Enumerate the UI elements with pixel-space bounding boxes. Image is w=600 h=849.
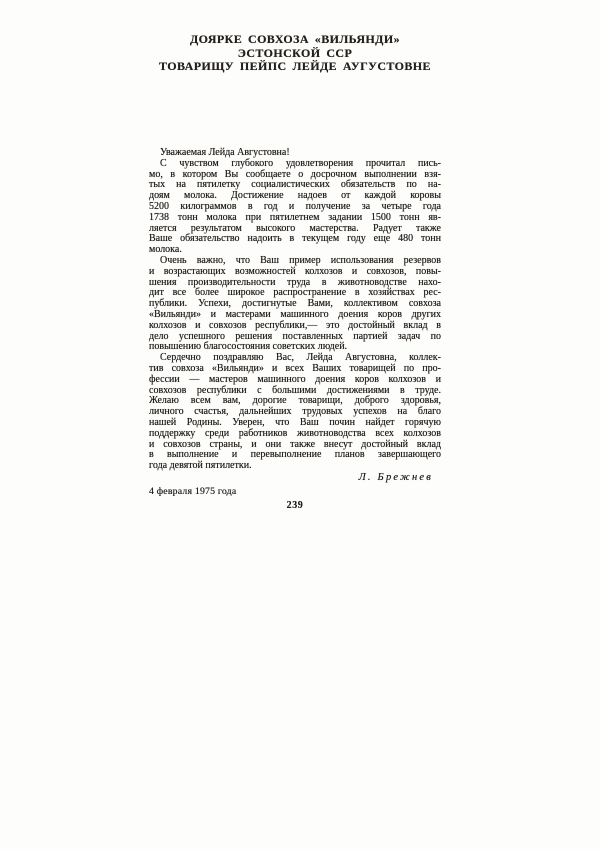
text-line: поддержку среди работников животноводств… [149,429,441,440]
book-page: ДОЯРКЕ СОВХОЗА «ВИЛЬЯНДИ» ЭСТОНСКОЙ ССР … [0,0,600,849]
letter-heading: ДОЯРКЕ СОВХОЗА «ВИЛЬЯНДИ» ЭСТОНСКОЙ ССР … [149,33,441,74]
text-line: и возрастающих возможностей колхозов и с… [149,267,441,278]
heading-line-addressee: ДОЯРКЕ СОВХОЗА «ВИЛЬЯНДИ» [149,33,441,47]
heading-line-region: ЭСТОНСКОЙ ССР [149,47,441,61]
paragraph: С чувством глубокого удовлетворения проч… [149,159,441,256]
letter-date: 4 февраля 1975 года [149,487,441,498]
signature: Л. Брежнев [149,473,441,484]
text-line: года девятой пятилетки. [149,461,441,472]
page-number: 239 [149,500,441,511]
text-line: Ваше обязательство надоить в текущем год… [149,234,441,245]
letter-paragraphs: Уважаемая Лейда Августовна!С чувством гл… [149,148,441,472]
text-line: 1738 тонн молока при пятилетнем задании … [149,213,441,224]
heading-line-name: ТОВАРИЩУ ПЕЙПС ЛЕЙДЕ АУГУСТОВНЕ [149,60,441,74]
paragraph: Очень важно, что Ваш пример использовани… [149,256,441,353]
text-line: колхозов и совхозов республики,— это дос… [149,321,441,332]
text-line: С чувством глубокого удовлетворения проч… [149,159,441,170]
letter-body: Уважаемая Лейда Августовна!С чувством гл… [149,148,441,498]
text-line: фессии — мастеров машинного доения коров… [149,375,441,386]
paragraph: Сердечно поздравляю Вас, Лейда Августовн… [149,353,441,472]
